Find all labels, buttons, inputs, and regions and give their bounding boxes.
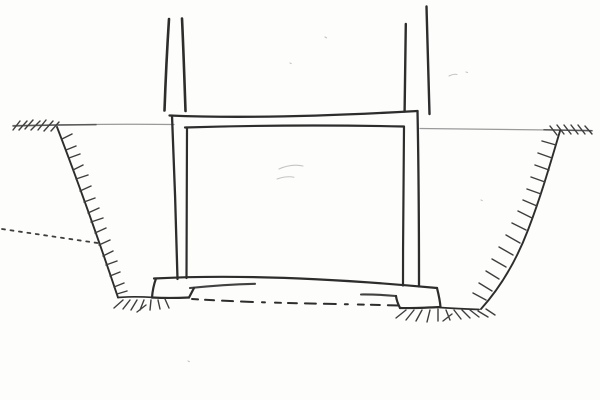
- dotted-line-left: [2, 229, 101, 244]
- footing-left-step: [189, 288, 194, 298]
- excavation-section-sketch: [0, 0, 600, 400]
- wall-right-inner-line: [405, 24, 406, 112]
- wall-left-outer-line: [165, 19, 170, 111]
- sketch-page: [0, 0, 600, 400]
- smudge-2: [277, 177, 294, 179]
- wall-left-inner-line: [182, 19, 186, 112]
- slab-bottom-left-line: [190, 284, 255, 288]
- wall-right-outer-line: [427, 7, 430, 115]
- pit-bottom-right-hatch: [396, 309, 495, 322]
- footing-left-edge: [152, 279, 156, 298]
- pit-bottom-right-line: [440, 308, 479, 310]
- box-wall-left-outer: [172, 116, 178, 280]
- slope-hatch-left: [62, 134, 127, 294]
- pit-bottom-left-hatch: [114, 299, 169, 312]
- smudge-3: [449, 74, 457, 76]
- slope-line-right: [481, 131, 560, 309]
- dashed-line-bottom: [192, 299, 399, 306]
- speck-5: [481, 200, 482, 201]
- smudge-1: [279, 165, 303, 169]
- slope-hatch-right: [473, 141, 556, 300]
- box-wall-right-outer: [418, 111, 420, 287]
- box-top-inner-line: [185, 126, 404, 128]
- slab-bottom-right-line: [361, 294, 396, 296]
- speck-4: [188, 361, 189, 362]
- footing-right-edge: [437, 288, 441, 307]
- box-wall-left-inner: [187, 128, 188, 279]
- pit-bottom-left-line: [118, 297, 154, 298]
- slope-line-left: [57, 127, 118, 298]
- footing-right-bottom: [400, 307, 441, 308]
- box-top-outer-line: [170, 111, 418, 117]
- speck-1: [325, 37, 327, 38]
- speck-3: [466, 72, 468, 73]
- box-wall-right-inner: [403, 127, 404, 286]
- speck-2: [290, 63, 291, 64]
